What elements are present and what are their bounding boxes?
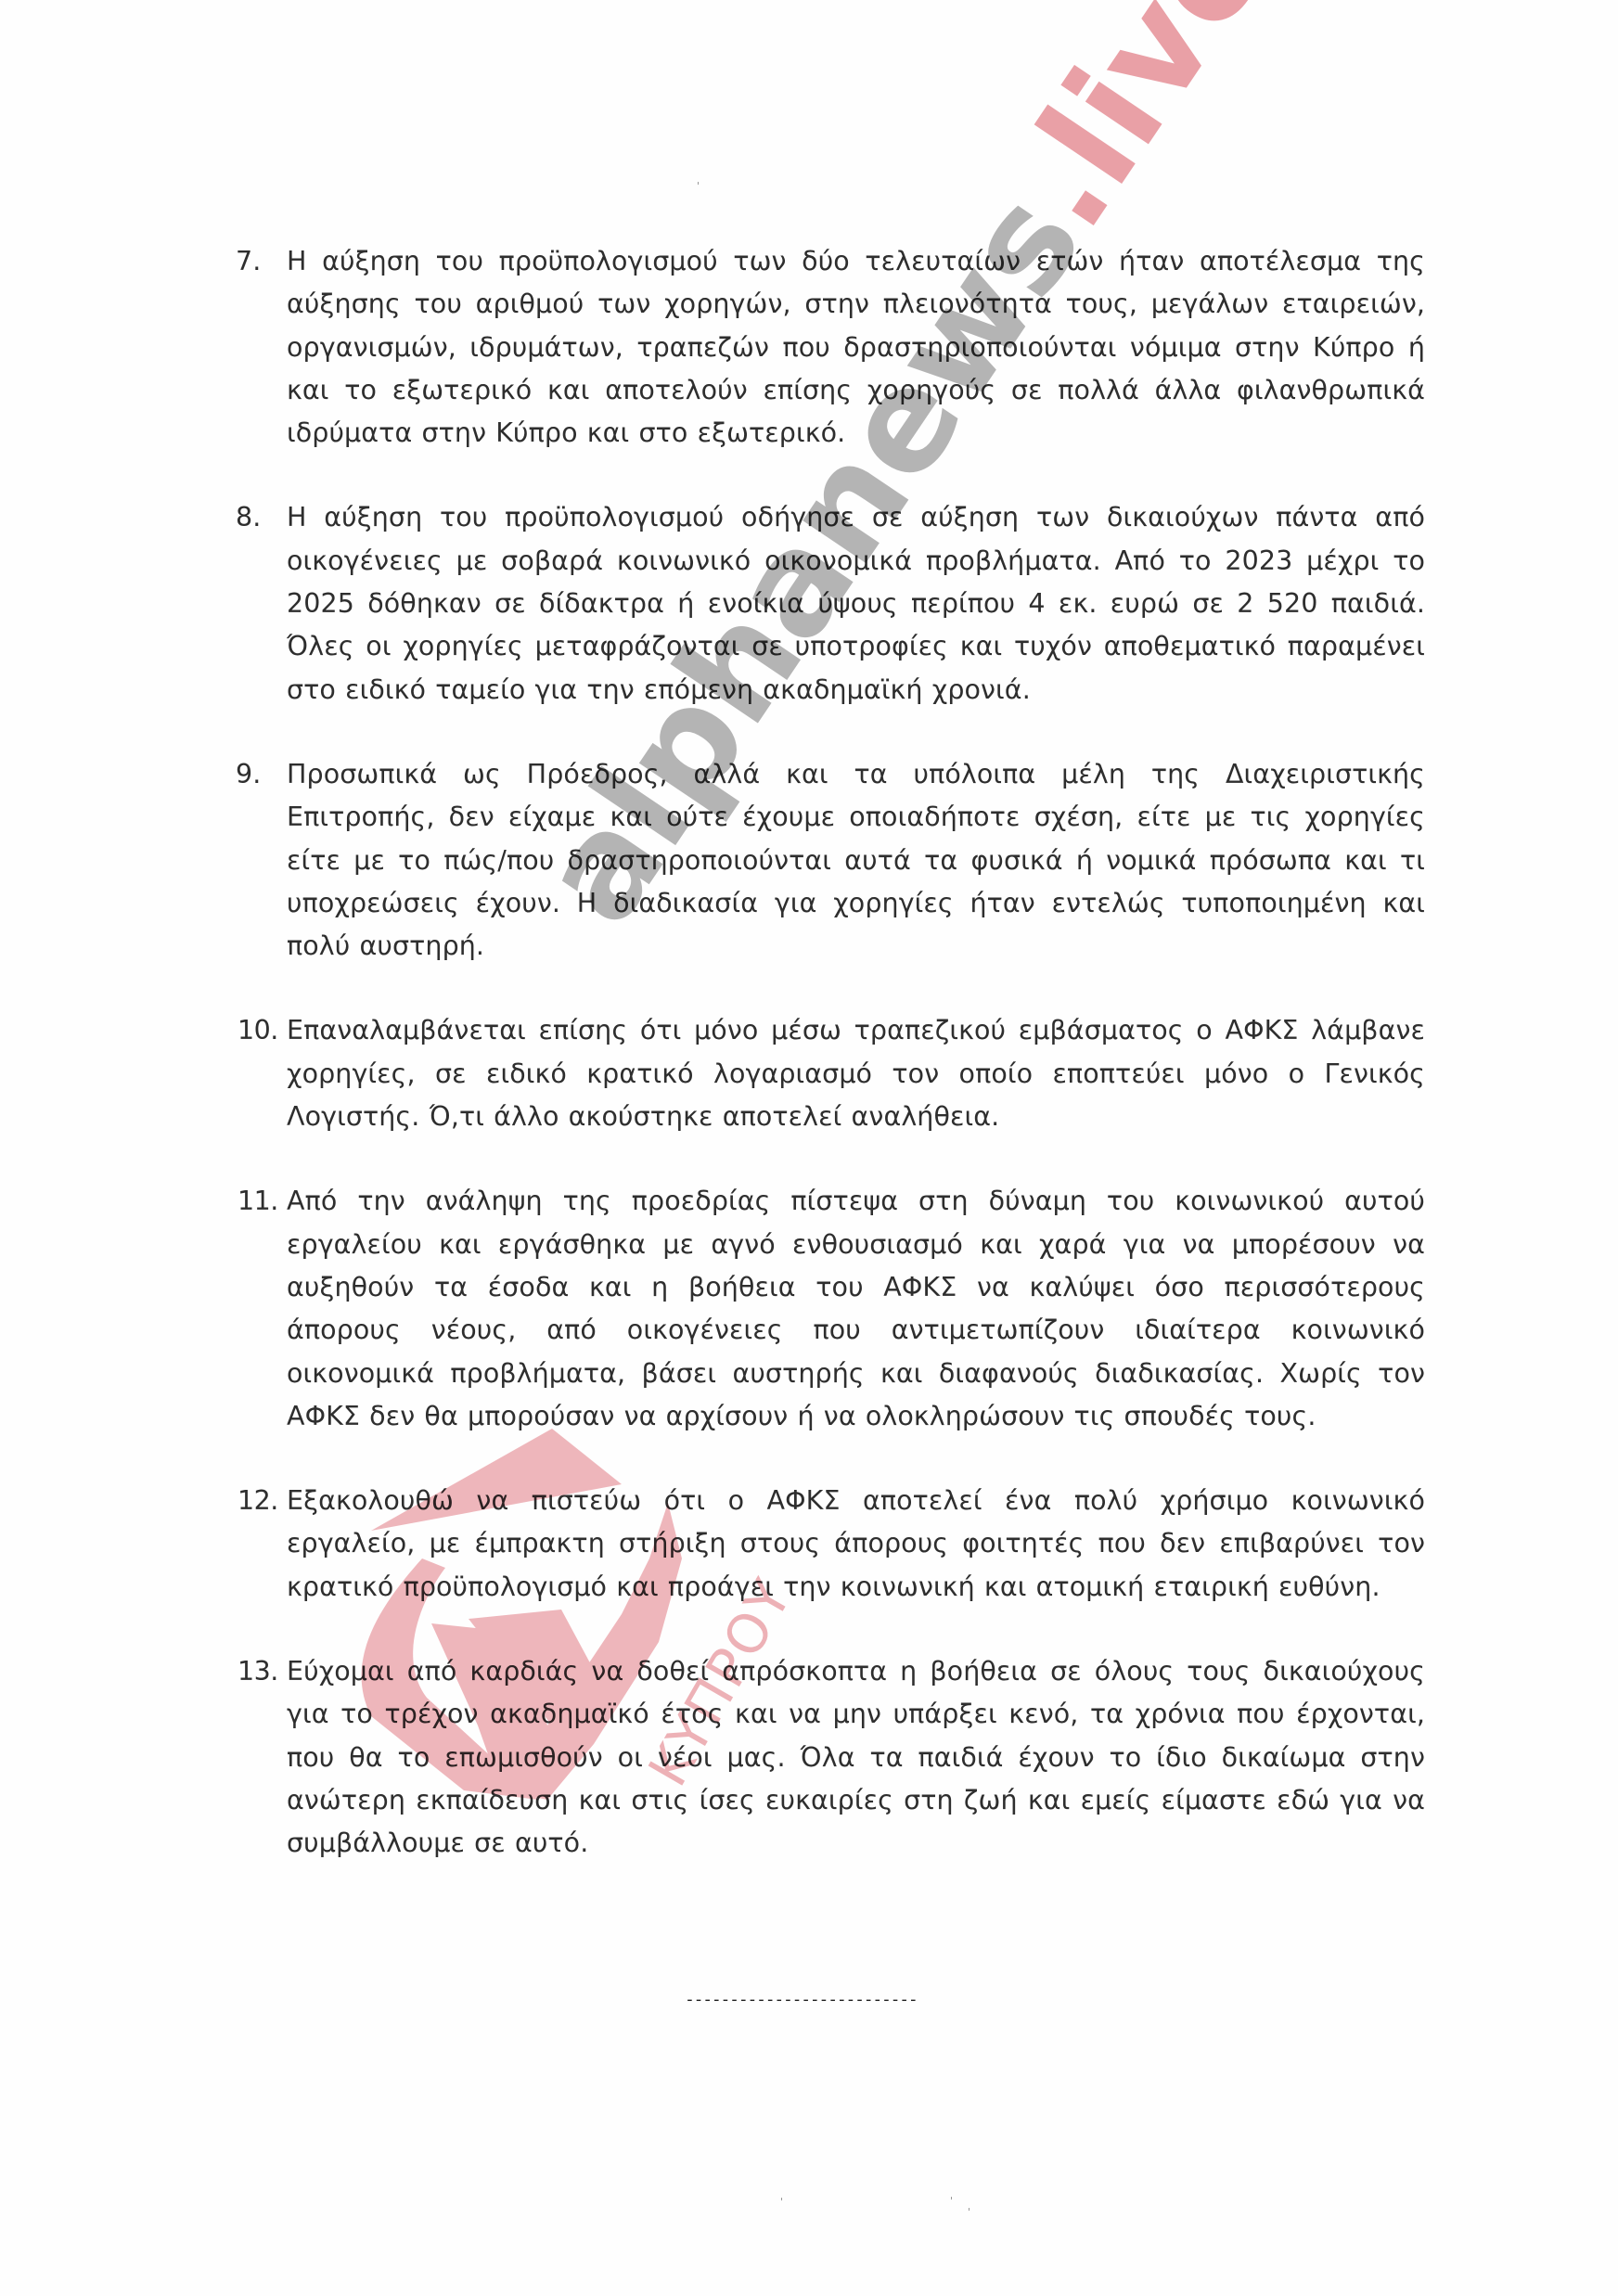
paragraph-number: 11. [238,1180,289,1223]
watermark-brand-suffix: .live [980,0,1300,256]
paragraph-number: 7. [236,240,287,283]
paragraph-7: 7. Η αύξηση του προϋπολογισμού των δύο τ… [236,240,1425,455]
paragraph-text: Η αύξηση του προϋπολογισμού των δύο τελε… [287,240,1425,455]
paragraph-text: Προσωπικά ως Πρόεδρος, αλλά και τα υπόλο… [287,753,1425,968]
numbered-paragraph-list: 7. Η αύξηση του προϋπολογισμού των δύο τ… [236,240,1425,1907]
paragraph-9: 9. Προσωπικά ως Πρόεδρος, αλλά και τα υπ… [236,753,1425,968]
paragraph-11: 11. Από την ανάληψη της προεδρίας πίστεψ… [236,1180,1425,1438]
paragraph-text: Από την ανάληψη της προεδρίας πίστεψα στ… [287,1180,1425,1438]
end-of-document-divider: -------------------------- [685,1991,946,2009]
scan-speck [698,182,699,185]
paragraph-number: 13. [238,1650,289,1693]
paragraph-number: 9. [236,753,287,796]
paragraph-text: Επαναλαμβάνεται επίσης ότι μόνο μέσω τρα… [287,1009,1425,1138]
paragraph-12: 12. Εξακολουθώ να πιστεύω ότι ο ΑΦΚΣ απο… [236,1480,1425,1609]
paragraph-number: 10. [238,1009,289,1052]
scan-speck [951,2197,952,2200]
paragraph-text: Η αύξηση του προϋπολογισμού οδήγησε σε α… [287,496,1425,711]
scan-speck [969,2208,970,2211]
paragraph-text: Εξακολουθώ να πιστεύω ότι ο ΑΦΚΣ αποτελε… [287,1480,1425,1609]
scan-speck [781,2198,782,2200]
paragraph-text: Εύχομαι από καρδιάς να δοθεί απρόσκοπτα … [287,1650,1425,1865]
paragraph-8: 8. Η αύξηση του προϋπολογισμού οδήγησε σ… [236,496,1425,711]
document-page: 7. Η αύξηση του προϋπολογισμού των δύο τ… [0,0,1618,2296]
paragraph-13: 13. Εύχομαι από καρδιάς να δοθεί απρόσκο… [236,1650,1425,1865]
paragraph-10: 10. Επαναλαμβάνεται επίσης ότι μόνο μέσω… [236,1009,1425,1138]
paragraph-number: 8. [236,496,287,539]
paragraph-number: 12. [238,1480,289,1522]
